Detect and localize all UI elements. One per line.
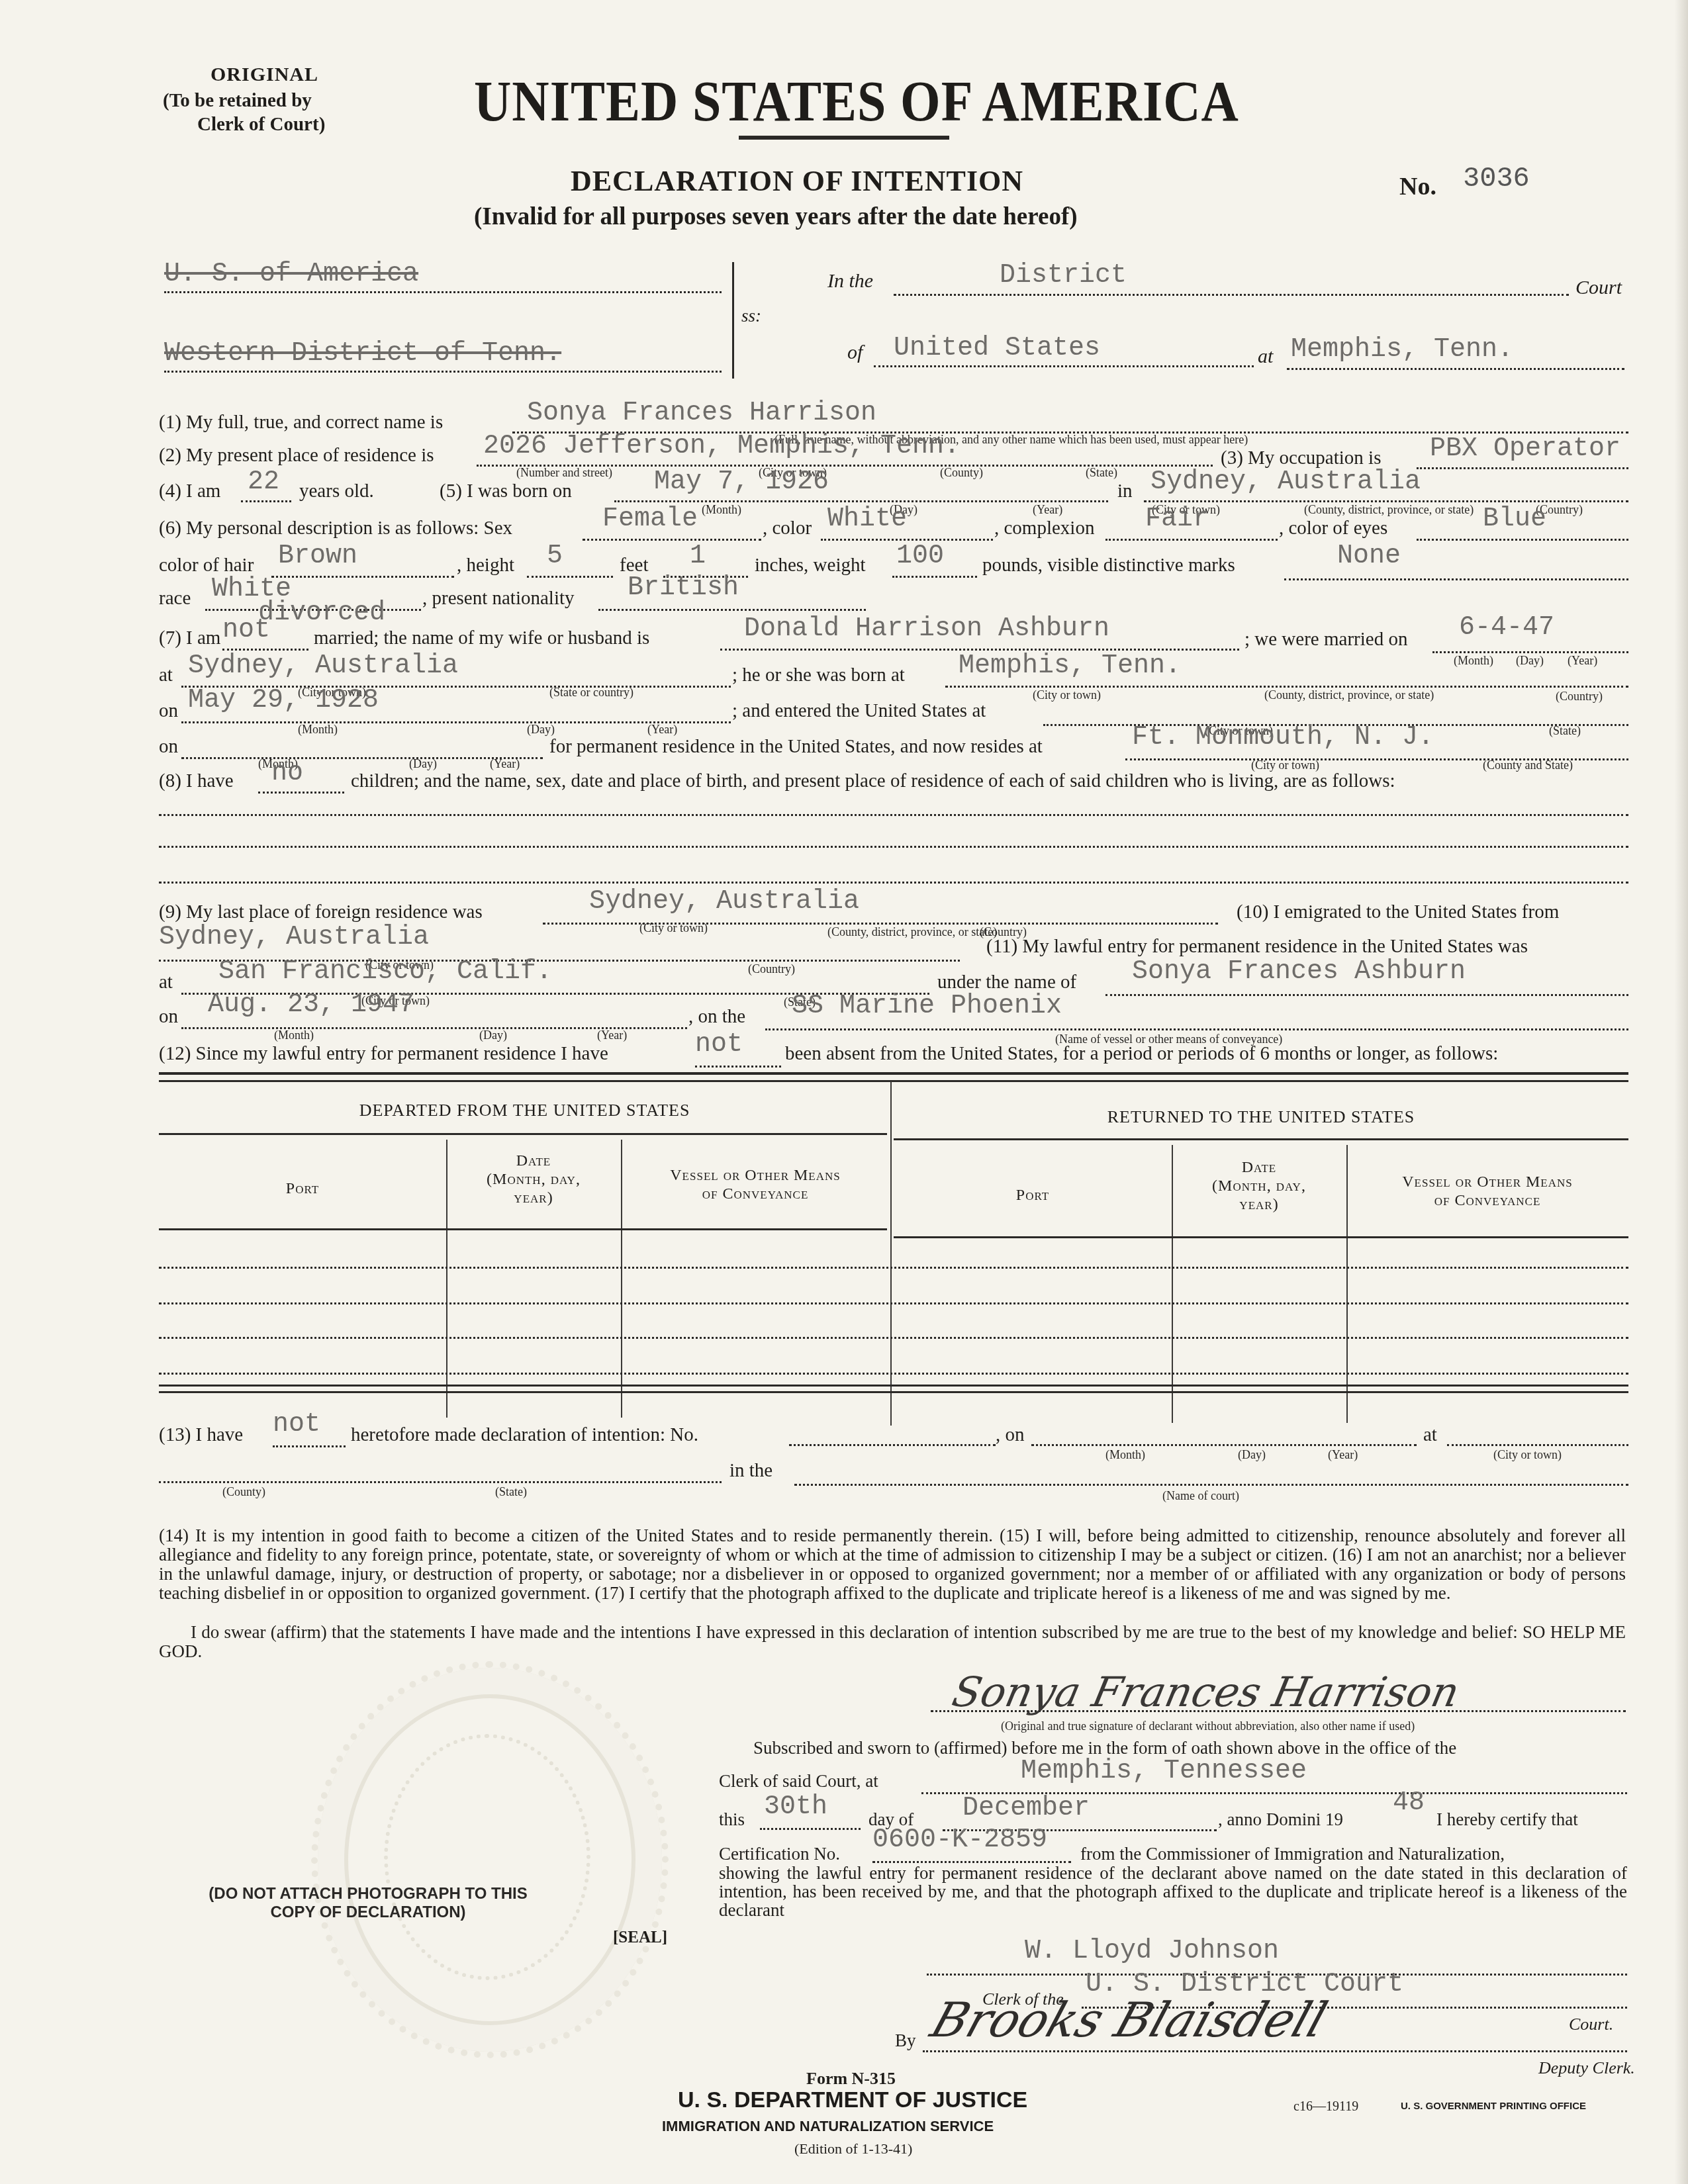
col-vessel-returned: Vessel or Other Means of Conveyance [1346, 1173, 1628, 1210]
venue-brace [726, 262, 734, 379]
title-rule [739, 136, 949, 140]
court-location: Memphis, Tenn. [1291, 335, 1513, 365]
returned-title: RETURNED TO THE UNITED STATES [894, 1108, 1628, 1126]
col-port-returned: Port [894, 1186, 1172, 1205]
weight: 100 [896, 541, 944, 571]
cap-state: (State) [495, 1485, 527, 1499]
seal-label: [SEAL] [613, 1929, 667, 1947]
col-date-label: Date [446, 1152, 621, 1170]
certification-number: 0600-K-2859 [872, 1825, 1047, 1855]
children-line-1 [159, 813, 1628, 816]
last-foreign-residence: Sydney, Australia [589, 887, 859, 917]
sex: Female [602, 504, 698, 534]
emigrated-from: Sydney, Australia [159, 923, 429, 952]
of-label: of [847, 341, 863, 364]
entry-name: Sonya Frances Ashburn [1132, 957, 1466, 987]
complexion: Fair [1145, 504, 1209, 534]
q8-label-post: children; and the name, sex, date and pl… [351, 770, 1395, 792]
sworn-month: December [962, 1794, 1090, 1823]
vessel-name: SS Marine Phoenix [792, 991, 1062, 1021]
under-name-label: under the name of [937, 972, 1076, 993]
q9-label: (9) My last place of foreign residence w… [159, 901, 483, 923]
court-of: United States [894, 334, 1100, 363]
marital-status-note: divorced [258, 598, 385, 628]
by-label: By [895, 2030, 916, 2051]
eyes-label: , color of eyes [1279, 518, 1387, 539]
color: White [827, 504, 907, 534]
anno-domini-label: , anno Domini 19 [1218, 1809, 1343, 1830]
q11-on-label: on [159, 1006, 178, 1028]
cap-county: (County) [222, 1485, 265, 1499]
service-name: IMMIGRATION AND NATURALIZATION SERVICE [662, 2118, 994, 2135]
q4-label-pre: (4) I am [159, 480, 220, 502]
venue-left: U. S. of America Western District of Ten… [164, 259, 722, 372]
paper-edge [1675, 0, 1688, 2184]
on2-label: on [159, 736, 178, 758]
col-port-departed: Port [159, 1179, 446, 1198]
signature-line [931, 1709, 1626, 1712]
sworn-day: 30th [764, 1792, 827, 1822]
q5-label: (5) I was born on [440, 480, 572, 502]
children-line-3 [159, 880, 1628, 884]
court-type: District [1000, 261, 1127, 291]
distinctive-marks: None [1337, 541, 1401, 571]
married-on-label: ; we were married on [1244, 629, 1407, 651]
edition-note: (Edition of 1-13-41) [794, 2140, 912, 2158]
marriage-place: Sydney, Australia [188, 651, 458, 681]
cert-text-2: showing the lawful entry for permanent r… [719, 1864, 1627, 1919]
copy-note-line-2: Clerk of Court) [197, 114, 325, 136]
occupation: PBX Operator [1430, 434, 1620, 464]
col-date-sub-1: (Month, day, [1172, 1177, 1346, 1195]
venue-district-struck: Western District of Tenn. [164, 339, 561, 369]
clerk-name: W. Lloyd Johnson [1025, 1936, 1279, 1966]
form-number: Form N-315 [806, 2069, 896, 2089]
q12-label-pre: (12) Since my lawful entry for permanent… [159, 1043, 608, 1065]
sworn-year: 48 [1393, 1788, 1425, 1818]
residence: 2026 Jefferson, Memphis, Tenn. [483, 432, 960, 461]
at-label: at [159, 664, 173, 686]
q8-label-pre: (8) I have [159, 770, 234, 792]
table-row [159, 1371, 1628, 1375]
cap-court: (Name of court) [1162, 1489, 1239, 1503]
spouse-name: Donald Harrison Ashburn [744, 614, 1109, 644]
venue-country-struck: U. S. of America [164, 259, 418, 289]
spouse-birthdate: May 29, 1928 [188, 686, 379, 715]
form-subtitle: DECLARATION OF INTENTION [571, 164, 1023, 198]
vessel-label: , on the [688, 1006, 745, 1028]
q2-label: (2) My present place of residence is [159, 445, 434, 467]
col-date-sub-2: year) [446, 1189, 621, 1207]
q6-label: (6) My personal description is as follow… [159, 518, 512, 539]
document-title: UNITED STATES OF AMERICA [474, 68, 1239, 134]
col-date-label: Date [1172, 1158, 1346, 1177]
col-vessel-label: Vessel or Other Means [1346, 1173, 1628, 1191]
cert-label: Certification No. [719, 1844, 840, 1864]
deputy-signature: Brooks Blaisdell [924, 1992, 1333, 2048]
col-date-returned: Date (Month, day, year) [1172, 1158, 1346, 1214]
at-label: at [1258, 345, 1273, 368]
q1-label: (1) My full, true, and correct name is [159, 412, 443, 433]
q7-label-mid: married; the name of my wife or husband … [314, 627, 649, 649]
full-name: Sonya Frances Harrison [527, 398, 876, 428]
nationality: British [628, 573, 739, 603]
children-line-2 [159, 844, 1628, 848]
birth-place: Sydney, Australia [1150, 467, 1421, 497]
on-label: , on [996, 1424, 1025, 1446]
photo-note: (DO NOT ATTACH PHOTOGRAPH TO THIS COPY O… [163, 1885, 573, 1922]
court-type-field: District [894, 265, 1569, 296]
jurat-line-1: Subscribed and sworn to (affirmed) befor… [753, 1738, 1456, 1758]
col-date-sub-2: year) [1172, 1195, 1346, 1214]
certify-label: I hereby certify that [1436, 1809, 1578, 1830]
in-the-label: In the [827, 270, 873, 293]
q13-label-mid: heretofore made declaration of intention… [351, 1424, 698, 1446]
in-the-label: in the [729, 1460, 773, 1482]
race-label: race [159, 588, 191, 610]
table-row [159, 1265, 1628, 1269]
entered-label: ; and entered the United States at [732, 700, 986, 722]
eye-color: Blue [1483, 504, 1546, 534]
q13-label-pre: (13) I have [159, 1424, 243, 1446]
col-date-departed: Date (Month, day, year) [446, 1152, 621, 1207]
marriage-date: 6-4-47 [1459, 613, 1554, 643]
print-code: c16—19119 [1293, 2099, 1358, 2115]
complexion-label: , complexion [994, 518, 1094, 539]
at-label: at [1423, 1424, 1437, 1446]
oath-swear: I do swear (affirm) that the statements … [159, 1623, 1626, 1661]
spouse-born-label: ; he or she was born at [732, 664, 905, 686]
departed-title: DEPARTED FROM THE UNITED STATES [159, 1101, 890, 1120]
col-vessel-departed: Vessel or Other Means of Conveyance [621, 1166, 890, 1203]
in-label: in [1117, 480, 1133, 502]
oath-text: (14) It is my intention in good faith to… [159, 1526, 1626, 1603]
q10-label: (10) I emigrated to the United States fr… [1237, 901, 1559, 923]
number-label: No. [1399, 172, 1436, 201]
col-vessel-sub: of Conveyance [621, 1185, 890, 1203]
department-name: U. S. DEPARTMENT OF JUSTICE [678, 2087, 1027, 2113]
absence-table: DEPARTED FROM THE UNITED STATES RETURNED… [159, 1067, 1628, 1424]
table-row [159, 1336, 1628, 1339]
signature-caption: (Original and true signature of declaran… [1001, 1719, 1415, 1733]
col-vessel-sub: of Conveyance [1346, 1191, 1628, 1210]
table-row [159, 1301, 1628, 1304]
prior-declaration: not [273, 1410, 320, 1439]
court-label: Court [1575, 277, 1622, 299]
resides-label: for permanent residence in the United St… [549, 736, 1043, 758]
printer-name: U. S. GOVERNMENT PRINTING OFFICE [1401, 2101, 1586, 2112]
q12-label-post: been absent from the United States, for … [785, 1043, 1498, 1065]
q3-label: (3) My occupation is [1221, 447, 1381, 469]
photo-note-line-2: COPY OF DECLARATION) [163, 1903, 573, 1922]
cert-text-1: from the Commissioner of Immigration and… [1080, 1844, 1505, 1864]
declaration-number: 3036 [1463, 163, 1530, 195]
spouse-birthplace: Memphis, Tenn. [959, 651, 1181, 681]
copy-note-line-1: (To be retained by [163, 90, 312, 112]
absence-status: not [695, 1030, 743, 1060]
port-of-entry: San Francisco, Calif. [218, 957, 552, 987]
clerk-at-label: Clerk of said Court, at [719, 1771, 878, 1792]
copy-label: ORIGINAL [211, 64, 318, 86]
height-inches: 1 [690, 541, 706, 571]
inches-label: inches, weight [755, 555, 866, 576]
height-feet: 5 [547, 541, 563, 571]
deputy-label: Deputy Clerk. [1538, 2058, 1635, 2078]
col-date-sub-1: (Month, day, [446, 1170, 621, 1189]
birth-date: May 7, 1926 [654, 467, 829, 497]
entry-date: Aug. 23, 1947 [208, 990, 414, 1020]
current-residence: Ft. Monmouth, N. J. [1132, 723, 1434, 752]
age: 22 [248, 467, 279, 497]
clerk-location: Memphis, Tennessee [1021, 1756, 1307, 1786]
color-label: , color [763, 518, 812, 539]
nationality-label: , present nationality [422, 588, 575, 610]
hair-label: color of hair [159, 555, 254, 576]
this-label: this [719, 1809, 745, 1830]
on-label: on [159, 700, 178, 722]
col-vessel-label: Vessel or Other Means [621, 1166, 890, 1185]
q4-label-post: years old. [299, 480, 374, 502]
hair-color: Brown [278, 541, 357, 571]
photo-note-line-1: (DO NOT ATTACH PHOTOGRAPH TO THIS [163, 1885, 573, 1903]
q7-label-pre: (7) I am [159, 627, 220, 649]
seal-inner-ring [384, 1734, 590, 1980]
ss-label: ss: [741, 306, 761, 326]
q11-at-label: at [159, 972, 173, 993]
validity-note: (Invalid for all purposes seven years af… [474, 203, 1078, 231]
children-count: no [271, 758, 303, 788]
height-label: , height [457, 555, 514, 576]
marks-label: pounds, visible distinctive marks [982, 555, 1235, 576]
q11-label: (11) My lawful entry for permanent resid… [986, 936, 1528, 958]
